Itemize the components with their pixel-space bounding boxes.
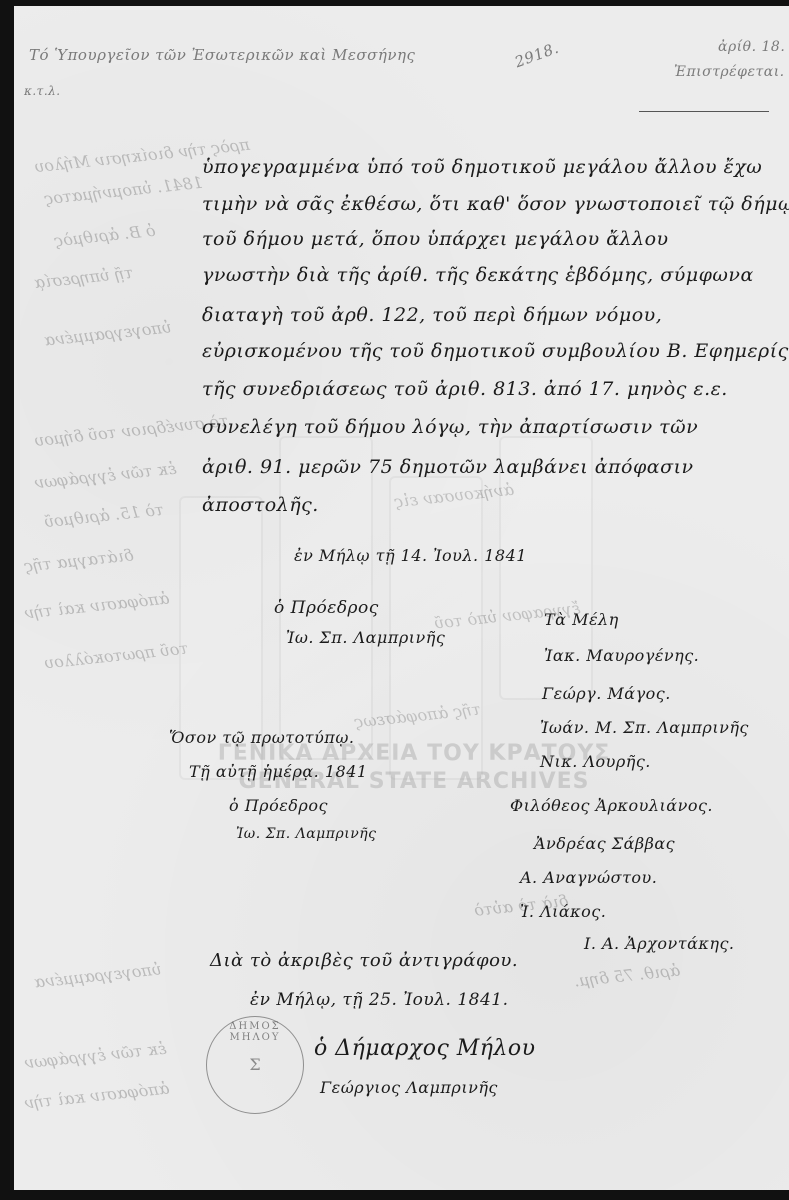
member-name: Ἀνδρέας Σάββας (534, 834, 675, 853)
bleed-line: ἀριθ. 75 δημ. (573, 960, 681, 990)
body-line: διαταγὴ τοῦ ἀρθ. 122, τοῦ περὶ δήμων νόμ… (202, 304, 662, 326)
bleed-line: ἐκ τῶν ἐγγράφων (23, 1039, 167, 1073)
member-name: Γεώργ. Μάγος. (542, 684, 671, 703)
bleed-line: ἀπόφασιν καὶ τὴν (23, 1078, 170, 1112)
bleed-line: ὑπογεγραμμένα (43, 317, 172, 349)
body-line: τιμὴν νὰ σᾶς ἐκθέσω, ὅτι καθ' ὅσον γνωστ… (202, 193, 789, 215)
body-line: γνωστὴν διὰ τῆς ἀρίθ. τῆς δεκάτης ἑβδόμη… (202, 264, 754, 286)
bleed-line: ὁ Β. ἀριθμὸς (53, 221, 156, 251)
member-name: Α. Αναγνώστου. (520, 868, 657, 887)
header-recipient: Τό Ὑπουργεῖον τῶν Ἐσωτερικῶν καὶ Μεσσήνη… (29, 46, 415, 64)
header-underline (639, 111, 769, 112)
members-heading: Τὰ Μέλη (544, 610, 619, 629)
bleed-line: τοῦ πρωτοκόλλου (43, 638, 189, 672)
member-name: Ἰ. Λιάκος. (520, 902, 606, 921)
header-note-returned: Ἐπιστρέφεται. (674, 64, 785, 80)
body-line: τῆς συνεδριάσεως τοῦ ἀριθ. 813. ἀπό 17. … (202, 378, 728, 400)
bleed-line: 1841. ὑπομνήματος (43, 173, 203, 209)
closing-certification: Διὰ τὸ ἀκριβὲς τοῦ ἀντιγράφου. (210, 950, 518, 971)
bleed-line: τὸ 15. ἀριθμοῦ (43, 500, 164, 531)
body-line: ἀποστολῆς. (202, 494, 319, 516)
member-name: Ἰωάν. Μ. Σπ. Λαμπρινῆς (540, 718, 749, 737)
dateline-president-name: Ἰω. Σπ. Λαμπρινῆς (286, 628, 445, 647)
body-line: συνελέγη τοῦ δήμου λόγῳ, τὴν ἀπαρτίσωσιν… (202, 416, 698, 438)
bleed-line: τῇ ὑπηρεσίᾳ (33, 263, 134, 292)
certification-date: Τῇ αὐτῇ ἡμέρᾳ. 1841 (189, 762, 368, 781)
certification-president-name: Ἰω. Σπ. Λαμπρινῆς (236, 826, 376, 842)
scan-border-left (0, 0, 14, 1200)
member-name: Ι. Α. Ἀρχοντάκης. (584, 934, 735, 953)
scan-border-bottom (0, 1190, 789, 1200)
certification-president-title: ὁ Πρόεδρος (229, 796, 328, 815)
document-page: πρὸς τὴν διοίκησιν Μήλου 1841. ὑπομνήματ… (14, 6, 789, 1192)
bleed-line: ὑπογεγραμμένα (33, 959, 162, 991)
header-recipient-sub: κ.τ.λ. (24, 84, 61, 98)
dateline-president-title: ὁ Πρόεδρος (274, 598, 379, 618)
header-number: 2918. (512, 39, 561, 71)
dateline-place-date: ἐν Μήλῳ τῇ 14. Ἰουλ. 1841 (294, 546, 527, 565)
municipal-seal-stamp: ΔΗΜΟΣ ΜΗΛΟΥ Σ (206, 1016, 304, 1114)
closing-place-date: ἐν Μήλῳ, τῇ 25. Ἰουλ. 1841. (250, 990, 509, 1010)
member-name: Φιλόθεος Ἀρκουλιάνος. (510, 796, 713, 815)
certification-line: Ὅσον τῷ πρωτοτύπῳ. (169, 728, 354, 747)
bleed-line: ἀπόφασιν καὶ τὴν (23, 588, 170, 622)
archive-watermark-logo (179, 436, 589, 776)
body-line: τοῦ δήμου μετά, ὅπου ὑπάρχει μεγάλου ἄλλ… (202, 228, 669, 250)
body-line: ὑπογεγραμμένα ὑπό τοῦ δημοτικοῦ μεγάλου … (202, 156, 762, 178)
member-name: Νικ. Λουρῆς. (540, 752, 651, 771)
stamp-center-text: Σ (207, 1055, 303, 1074)
mayor-title: ὁ Δήμαρχος Μήλου (314, 1036, 536, 1061)
member-name: Ἰακ. Μαυρογένης. (544, 646, 699, 665)
body-line: εὐρισκομένου τῆς τοῦ δημοτικοῦ συμβουλίο… (202, 340, 789, 362)
mayor-signature: Γεώργιος Λαμπρινῆς (320, 1078, 498, 1097)
stamp-ring-text: ΔΗΜΟΣ ΜΗΛΟΥ (207, 1021, 303, 1043)
bleed-line: ἐκ τῶν ἐγγράφων (33, 459, 177, 493)
body-line: ἀριθ. 91. μερῶν 75 δημοτῶν λαμβάνει ἀπόφ… (202, 456, 694, 478)
bleed-line: διάταγμα τῆς (23, 545, 134, 575)
header-left-note: ἀρίθ. 18. (718, 39, 785, 55)
